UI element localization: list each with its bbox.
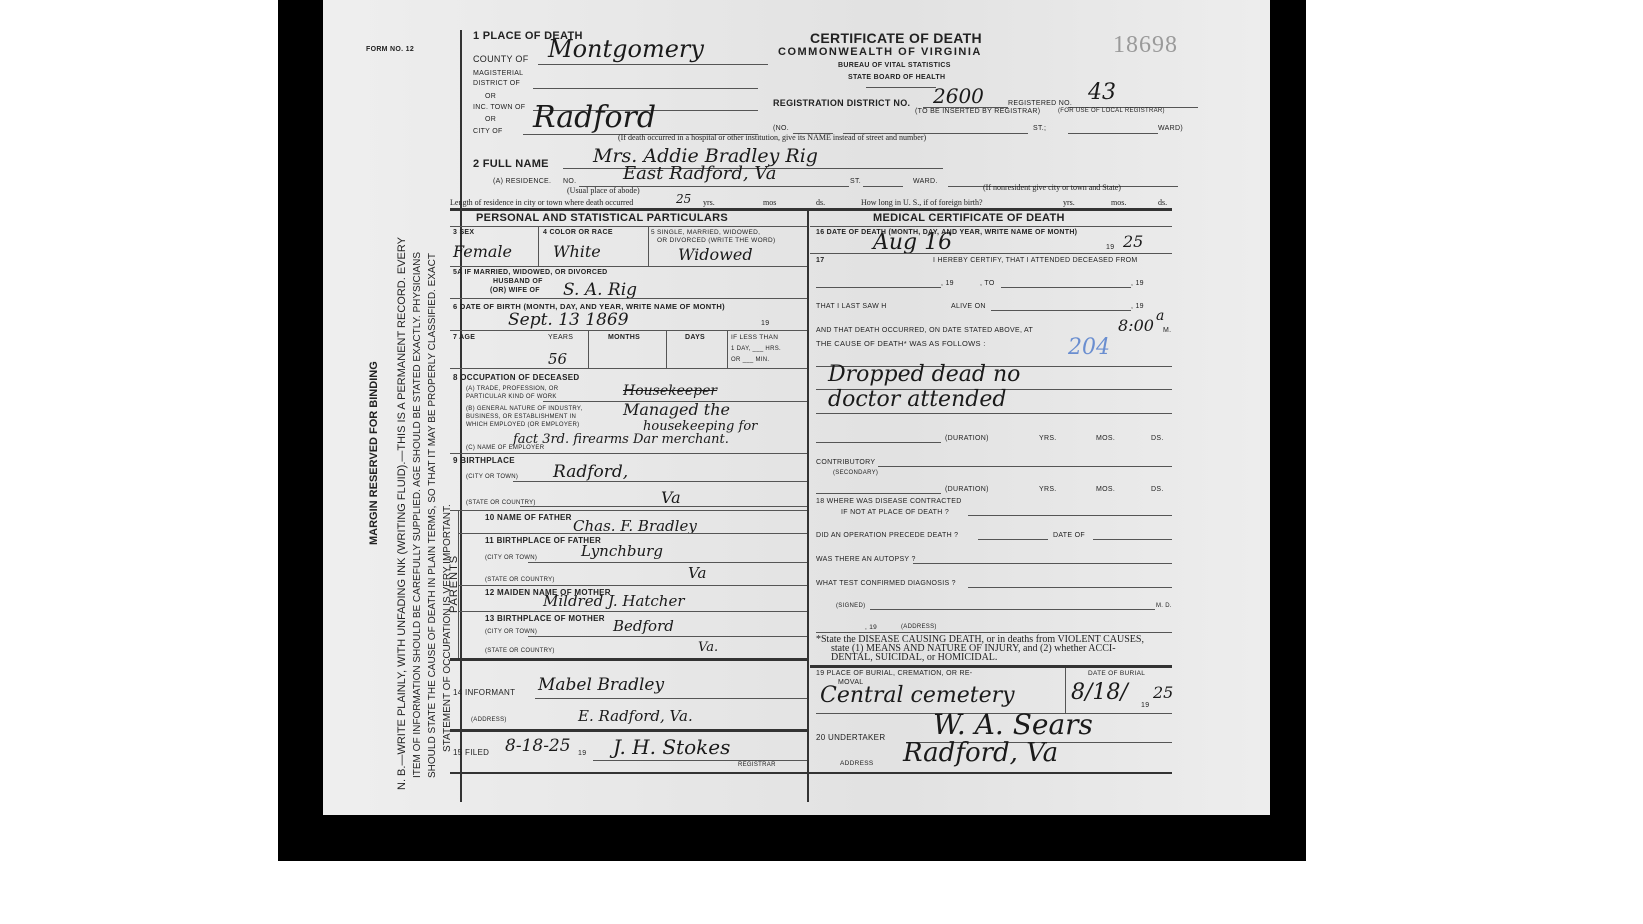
cause-line-1: Dropped dead no (828, 362, 1020, 387)
residence-label: (A) RESIDENCE. (493, 178, 551, 185)
birthplace-label: 9 BIRTHPLACE (453, 456, 515, 465)
attended-to-label: , TO (980, 280, 995, 287)
age-min-label: OR ___ MIN. (731, 357, 769, 363)
mother-name-value: Mildred J. Hatcher (543, 592, 685, 610)
signed-19: , 19 (865, 624, 877, 631)
bureau-name: BUREAU OF VITAL STATISTICS (838, 62, 951, 69)
length-ds-label: ds. (816, 198, 825, 207)
filed-value: 8-18-25 (505, 736, 571, 756)
date-of-death-value: Aug 16 (873, 230, 952, 255)
undertaker-address-value: Radford, Va (903, 738, 1058, 768)
occupation-a-label-2: PARTICULAR KIND OF WORK (466, 394, 557, 400)
burial-19: 19 (1141, 702, 1149, 709)
alive-on-19: , 19 (1131, 303, 1144, 310)
instructions-line-1: N. B.—WRITE PLAINLY, WITH UNFADING INK (… (396, 237, 408, 790)
father-state-value: Va (688, 564, 706, 582)
sex-value: Female (453, 242, 512, 261)
registration-district-note: (TO BE INSERTED BY REGISTRAR) (915, 108, 1040, 115)
duration-label-1: (DURATION) (945, 435, 989, 442)
death-certificate: MARGIN RESERVED FOR BINDING N. B.—WRITE … (323, 0, 1270, 815)
form-left-border (460, 30, 462, 802)
birthplace-state-value: Va (661, 488, 681, 507)
residence-street-label: ST. (850, 178, 861, 185)
spouse-label-3: (OR) WIFE OF (490, 287, 540, 294)
burial-place-label-1: 19 PLACE OF BURIAL, CREMATION, OR RE- (816, 670, 972, 677)
abode-note: (Usual place of abode) (567, 186, 640, 195)
street-label: ST.; (1033, 125, 1046, 132)
age-years-value: 56 (548, 350, 567, 368)
inc-town-label: INC. TOWN OF (473, 104, 525, 111)
residence-value: East Radford, Va (623, 163, 776, 184)
death-occurred-m: M. (1163, 327, 1171, 334)
duration-label-2: (DURATION) (945, 486, 989, 493)
dob-19: 19 (761, 320, 769, 327)
marital-label-2: OR DIVORCED (write the word) (657, 237, 775, 244)
column-divider (807, 210, 809, 802)
binding-margin-note: MARGIN RESERVED FOR BINDING (368, 361, 380, 545)
duration-ds-2: DS. (1151, 486, 1164, 493)
city-label: CITY OF (473, 128, 503, 135)
occupation-b-label-1: (B) GENERAL NATURE OF INDUSTRY, (466, 406, 582, 412)
foreign-yrs-label: yrs. (1063, 198, 1075, 207)
alive-on-label: ALIVE ON (951, 303, 986, 310)
length-yrs-label: yrs. (703, 198, 715, 207)
undertaker-address-label: ADDRESS (840, 760, 874, 767)
duration-ds-1: DS. (1151, 435, 1164, 442)
employer-label: (C) NAME OF EMPLOYER (466, 445, 544, 451)
city-value: Radford (533, 100, 656, 135)
serial-number: 18698 (1113, 32, 1178, 59)
death-occurred-ampm: a (1156, 308, 1164, 324)
test-confirmed-label: WHAT TEST CONFIRMED DIAGNOSIS ? (816, 580, 956, 587)
duration-yrs-2: YRS. (1039, 486, 1057, 493)
magisterial-label-1: MAGISTERIAL (473, 70, 523, 77)
father-city-value: Lynchburg (581, 542, 663, 560)
race-value: White (553, 242, 601, 261)
burial-year: 25 (1153, 683, 1173, 702)
instructions-line-3: SHOULD STATE THE CAUSE OF DEATH IN PLAIN… (427, 253, 438, 778)
marital-label-1: 5 SINGLE, MARRIED, WIDOWED, (651, 229, 760, 236)
burial-date-label: DATE OF BURIAL (1088, 670, 1145, 677)
foreign-birth-label: How long in U. S., if of foreign birth? (861, 198, 983, 207)
cause-line-2: doctor attended (828, 387, 1006, 412)
father-city-label: (CITY OR TOWN) (485, 555, 537, 561)
foreign-mos-label: mos. (1111, 198, 1126, 207)
attended-from-19: , 19 (941, 280, 954, 287)
burial-date-value: 8/18/ (1071, 680, 1128, 705)
age-years-label: YEARS (548, 334, 573, 341)
undertaker-value: W. A. Sears (933, 708, 1093, 741)
father-name-label: 10 NAME OF FATHER (485, 513, 572, 522)
father-state-label: (STATE OR COUNTRY) (485, 577, 555, 583)
operation-label: DID AN OPERATION PRECEDE DEATH ? (816, 532, 958, 539)
occupation-b-label-2: BUSINESS, OR ESTABLISHMENT IN (466, 414, 576, 420)
ward-label: WARD) (1158, 125, 1183, 132)
residence-no-label: NO. (563, 178, 576, 185)
birthplace-city-label: (CITY OR TOWN) (466, 474, 518, 480)
personal-header: PERSONAL AND STATISTICAL PARTICULARS (476, 212, 728, 224)
registrar-signature: J. H. Stokes (613, 735, 730, 759)
registration-district-label: REGISTRATION DISTRICT NO. (773, 98, 910, 108)
informant-value: Mabel Bradley (538, 675, 664, 695)
length-of-residence-value: 25 (676, 192, 691, 206)
certify-number: 17 (816, 257, 824, 264)
form-number: FORM NO. 12 (366, 46, 414, 53)
mother-state-value: Va. (698, 640, 718, 655)
street-no-label: (NO. (773, 125, 789, 132)
hospital-note: (If death occurred in a hospital or othe… (618, 133, 926, 142)
autopsy-label: WAS THERE AN AUTOPSY ? (816, 556, 916, 563)
mother-birthplace-label: 13 BIRTHPLACE OF MOTHER (485, 614, 605, 623)
cause-code: 204 (1068, 335, 1110, 360)
signed-label: (SIGNED) (836, 603, 865, 609)
operation-date-label: DATE OF (1053, 532, 1085, 539)
duration-yrs-1: YRS. (1039, 435, 1057, 442)
age-days-label: DAYS (685, 334, 705, 341)
marital-value: Widowed (678, 245, 753, 264)
or-label-2: OR (485, 116, 496, 123)
board-name: STATE BOARD OF HEALTH (848, 74, 945, 81)
undertaker-label: 20 UNDERTAKER (816, 733, 885, 742)
county-value: Montgomery (548, 35, 704, 63)
mother-state-label: (STATE OR COUNTRY) (485, 648, 555, 654)
disease-contracted-label-1: 18 WHERE WAS DISEASE CONTRACTED (816, 498, 962, 505)
occupation-b-value-3: fact 3rd. firearms Dar merchant. (513, 432, 729, 447)
death-occurred-time: 8:00 (1118, 316, 1154, 335)
age-hours-label: 1 DAY, ___ HRS. (731, 346, 781, 352)
spouse-label-2: HUSBAND OF (493, 278, 543, 285)
registered-note: (FOR USE OF LOCAL REGISTRAR) (1058, 108, 1165, 114)
duration-mos-1: MOS. (1096, 435, 1115, 442)
burial-place-value: Central cemetery (820, 683, 1015, 708)
date-of-death-19: 19 (1106, 244, 1114, 251)
attended-to-19: , 19 (1131, 280, 1144, 287)
cause-of-death-label: THE CAUSE OF DEATH* WAS AS FOLLOWS : (816, 339, 986, 348)
informant-label: 14 INFORMANT (453, 688, 515, 697)
informant-address-value: E. Radford, Va. (578, 707, 693, 725)
age-label: 7 AGE (453, 334, 475, 341)
occupation-b-value-1: Managed the (623, 400, 730, 419)
residence-ward-label: WARD. (913, 178, 938, 185)
nonresident-note: (If nonresident give city or town and St… (983, 183, 1121, 192)
age-less-label: IF LESS THAN (731, 334, 778, 341)
magisterial-label-2: DISTRICT OF (473, 80, 520, 87)
contributory-label: CONTRIBUTORY (816, 459, 875, 466)
md-label: M. D. (1156, 603, 1172, 609)
occupation-b-label-3: WHICH EMPLOYED (OR EMPLOYER) (466, 422, 579, 428)
date-of-death-year: 25 (1123, 232, 1143, 251)
sex-label: 3 SEX (453, 229, 474, 236)
or-label-1: OR (485, 93, 496, 100)
mother-city-label: (CITY OR TOWN) (485, 629, 537, 635)
disease-contracted-label-2: IF NOT AT PLACE OF DEATH ? (841, 509, 949, 516)
filed-label: 15 FILED (453, 748, 489, 757)
occupation-a-value: Housekeeper (623, 383, 717, 399)
footnote-line-3: DENTAL, SUICIDAL, or HOMICIDAL. (831, 652, 997, 663)
registration-district-value: 2600 (933, 84, 984, 108)
registered-label: REGISTERED NO. (1008, 100, 1072, 107)
length-mos-label: mos (763, 198, 776, 207)
duration-mos-2: MOS. (1096, 486, 1115, 493)
county-label: COUNTY OF (473, 54, 529, 64)
instructions-line-4: STATEMENT OF OCCUPATION IS VERY IMPORTAN… (442, 504, 453, 752)
occupation-a-label-1: (A) TRADE, PROFESSION, OR (466, 386, 558, 392)
instructions-line-2: ITEM OF INFORMATION SHOULD BE CAREFULLY … (412, 252, 423, 778)
certificate-title: CERTIFICATE OF DEATH (810, 30, 982, 46)
certify-label: I HEREBY CERTIFY, THAT I ATTENDED DECEAS… (933, 257, 1138, 264)
foreign-ds-label: ds. (1158, 198, 1167, 207)
last-saw-label: THAT I LAST SAW H (816, 303, 887, 310)
parents-label: PARENTS (448, 555, 460, 613)
age-months-label: MONTHS (608, 334, 640, 341)
full-name-label: 2 FULL NAME (473, 158, 549, 170)
death-occurred-label: AND THAT DEATH OCCURRED, ON DATE STATED … (816, 327, 1033, 334)
race-label: 4 COLOR OR RACE (543, 229, 613, 236)
dob-value: Sept. 13 1869 (508, 310, 629, 330)
secondary-label: (SECONDARY) (833, 470, 878, 476)
state-name: COMMONWEALTH OF VIRGINIA (778, 46, 982, 58)
registrar-label: REGISTRAR (738, 762, 776, 768)
spouse-label-1: 5A IF MARRIED, WIDOWED, OR DIVORCED (453, 269, 608, 276)
length-of-residence-label: Length of residence in city or town wher… (450, 198, 633, 207)
medical-header: MEDICAL CERTIFICATE OF DEATH (873, 212, 1065, 224)
birthplace-city-value: Radford, (553, 462, 628, 482)
mother-city-value: Bedford (613, 617, 674, 635)
signed-address-label: (ADDRESS) (901, 624, 937, 630)
spouse-value: S. A. Rig (563, 280, 637, 300)
filed-19: 19 (578, 750, 586, 757)
registered-value: 43 (1088, 80, 1116, 105)
informant-address-label: (ADDRESS) (471, 717, 507, 723)
occupation-label: 8 OCCUPATION OF DECEASED (453, 373, 579, 382)
